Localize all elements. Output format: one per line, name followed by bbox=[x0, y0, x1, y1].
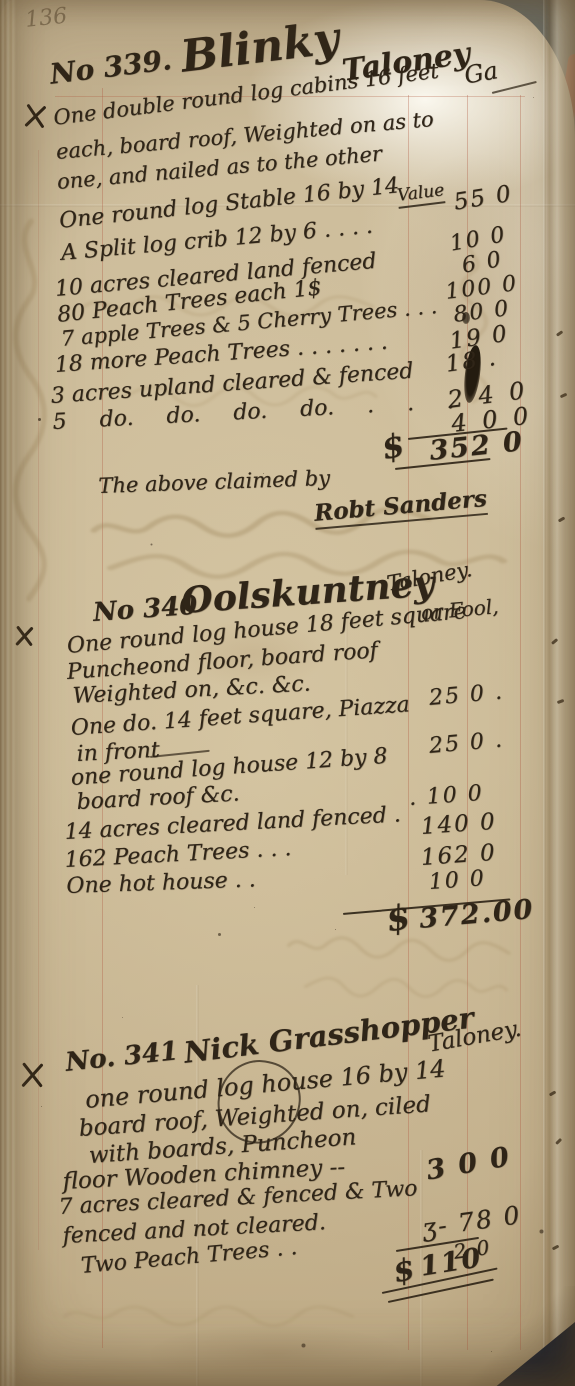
value-column-rule-3 bbox=[520, 95, 521, 1350]
ledger-page-scan: 136 No 339. Blinky Taloney Ga One double… bbox=[0, 0, 575, 1386]
ink-specks bbox=[38, 418, 41, 421]
page-crease-right bbox=[543, 0, 546, 1386]
value-column-rule-1 bbox=[408, 95, 409, 1350]
right-page-edge bbox=[544, 0, 575, 1386]
bleedthrough-writing bbox=[300, 973, 510, 1001]
page-number: 136 bbox=[24, 4, 68, 33]
claim-x-mark bbox=[22, 101, 46, 132]
entry-value: . 10 0 bbox=[408, 781, 485, 811]
entry-339-location: Ga bbox=[462, 56, 500, 89]
entry-value: 162 0 bbox=[420, 840, 497, 871]
entry-value: 10 0 bbox=[428, 866, 487, 895]
left-page-edges bbox=[0, 0, 16, 1386]
claim-x-mark bbox=[19, 1059, 43, 1090]
entry-value: 140 0 bbox=[420, 809, 497, 840]
bleedthrough-writing bbox=[60, 1302, 360, 1328]
bleedthrough-writing bbox=[8, 215, 50, 605]
claim-x-mark bbox=[13, 623, 33, 648]
